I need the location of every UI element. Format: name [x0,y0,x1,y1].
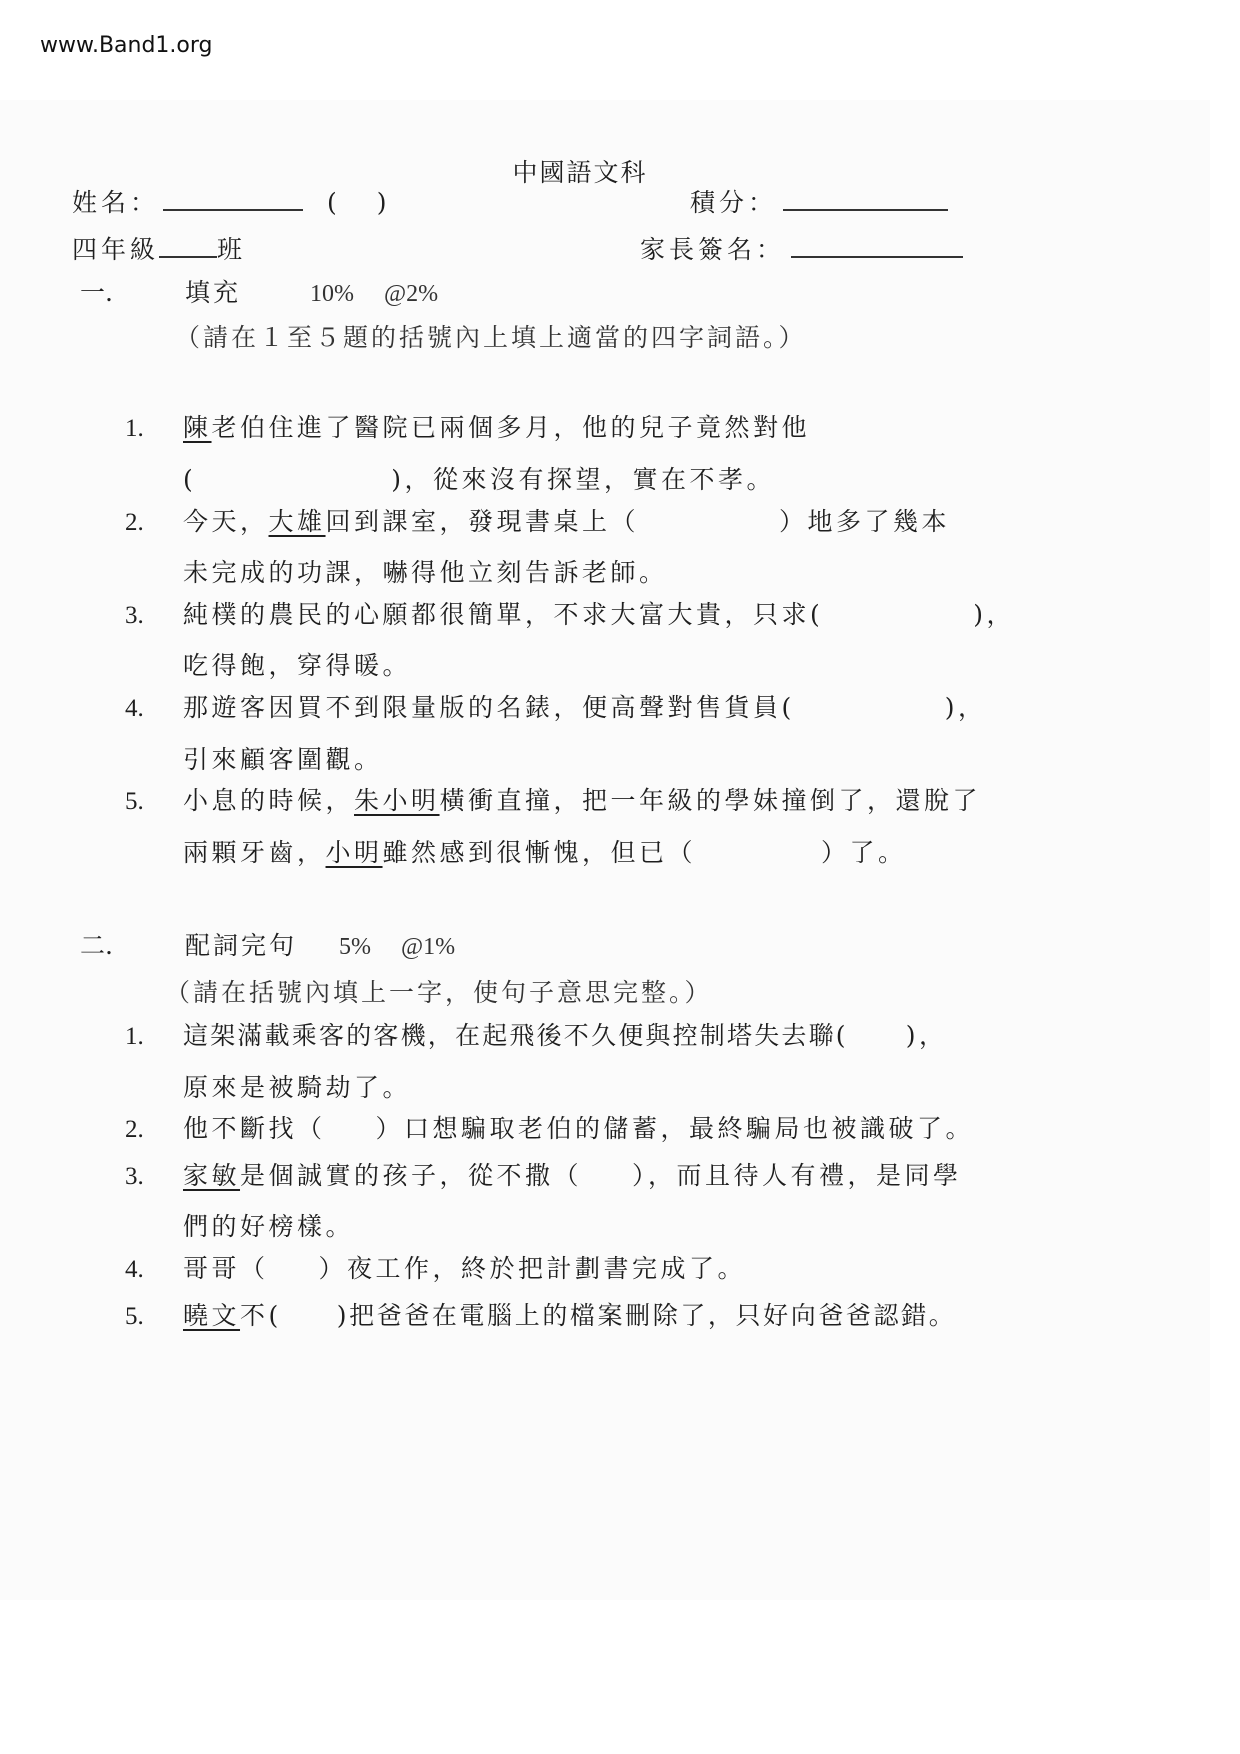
s2-question-1: 1.這架滿載乘客的客機，在起飛後不久便與控制塔失去聯()， [125,1010,948,1063]
s2-question-4: 4.哥哥（）夜工作，終於把計劃書完成了。 [125,1243,746,1296]
class-label: 班 [217,235,246,264]
section-1-heading: 一. 填充 10% @2% [80,273,438,309]
s2-question-3: 3.家敏是個誠實的孩子，從不撒（），而且待人有禮，是同學 [125,1150,962,1203]
s1-question-3: 3.純樸的農民的心願都很簡單，不求大富大貴，只求()， [125,589,1015,642]
class-number-close: ) [377,188,387,217]
question-text: ）地多了幾本 [779,507,950,536]
question-text: 兩顆牙齒， [183,838,326,867]
question-text: ）夜工作，終於把計劃書完成了。 [319,1254,747,1283]
proper-noun: 小明 [326,838,383,867]
score-label: 積分： [690,188,777,217]
question-text: )把爸爸在電腦上的檔案刪除了，只好向爸爸認錯。 [337,1301,957,1330]
question-text: 不( [240,1301,282,1330]
score-blank[interactable] [783,209,948,211]
question-text: ，從來沒有探望，實在不孝。 [405,465,776,494]
question-text: 雖然感到很慚愧，但已（ [383,838,697,867]
s1-question-4: 4.那遊客因買不到限量版的名錶，便高聲對售貨員()， [125,682,987,735]
watermark: www.Band1.org [40,33,213,58]
question-text: 這架滿載乘客的客機，在起飛後不久便與控制塔失去聯( [183,1021,848,1050]
class-blank[interactable] [159,256,217,258]
section-1-instruction: （請在１至５題的括號內上填上適當的四字詞語。） [175,318,807,354]
proper-noun: 曉文 [183,1301,240,1330]
question-number: 4. [125,1244,183,1296]
question-number: 3. [125,1151,183,1203]
s1-question-5: 5.小息的時候，朱小明橫衝直撞，把一年級的學妹撞倒了，還脫了 [125,775,981,828]
name-blank[interactable] [163,209,303,211]
grade-label: 四年級 [72,235,159,264]
question-text: 老伯住進了醫院已兩個多月，他的兒子竟然對他 [212,413,811,442]
question-number: 2. [125,1104,183,1156]
question-text: 今天， [183,507,269,536]
section-title: 配詞完句 [185,926,325,962]
parent-sign-blank[interactable] [791,256,963,258]
question-text: )， [945,693,987,722]
s1-question-2: 2.今天，大雄回到課室，發現書桌上（）地多了幾本 [125,496,950,549]
question-text: 他不斷找（ [183,1114,326,1143]
name-label: 姓名： [72,188,159,217]
section-percent: 10% [310,281,354,308]
question-text: )， [973,600,1015,629]
s1-question-3-line2: 吃得飽，穿得暖。 [183,646,411,682]
question-number: 5. [125,776,183,828]
s2-question-2: 2.他不斷找（）口想騙取老伯的儲蓄，最終騙局也被識破了。 [125,1103,974,1156]
class-number-open: ( [327,188,337,217]
s2-question-3-line2: 們的好榜樣。 [183,1207,354,1243]
parent-sign-label: 家長簽名： [640,235,785,264]
name-field: 姓名： () [72,183,387,219]
question-text: 是個誠實的孩子，從不撒（ [240,1161,582,1190]
question-text: 橫衝直撞，把一年級的學妹撞倒了，還脫了 [440,786,982,815]
question-number: 1. [125,403,183,455]
s1-question-1: 1.陳老伯住進了醫院已兩個多月，他的兒子竟然對他 [125,402,810,455]
section-2-heading: 二. 配詞完句 5% @1% [80,926,455,962]
proper-noun: 陳 [183,413,212,442]
score-field: 積分： [690,183,948,219]
question-number: 2. [125,497,183,549]
section-2-instruction: （請在括號內填上一字，使句子意思完整。） [165,973,713,1009]
s1-question-5-line2: 兩顆牙齒，小明雖然感到很慚愧，但已（）了。 [183,833,907,869]
s1-question-4-line2: 引來顧客圍觀。 [183,740,383,776]
section-title: 填充 [185,273,310,309]
section-each: @2% [384,281,438,308]
proper-noun: 朱小明 [354,786,440,815]
section-number: 一. [80,273,185,309]
section-each: @1% [401,934,455,961]
question-text: 哥哥（ [183,1254,269,1283]
question-number: 5. [125,1291,183,1343]
question-text: 純樸的農民的心願都很簡單，不求大富大貴，只求( [183,600,823,629]
blank-open: ( [183,465,196,494]
question-number: 1. [125,1011,183,1063]
question-text: 小息的時候， [183,786,354,815]
question-text: ）口想騙取老伯的儲蓄，最終騙局也被識破了。 [376,1114,975,1143]
s1-question-1-line2: ()，從來沒有探望，實在不孝。 [183,460,775,496]
proper-noun: 家敏 [183,1161,240,1190]
question-text: )， [906,1021,948,1050]
question-text: 那遊客因買不到限量版的名錶，便高聲對售貨員( [183,693,795,722]
question-text: 回到課室，發現書桌上（ [326,507,640,536]
question-text: ），而且待人有禮，是同學 [632,1161,962,1190]
parent-sign-field: 家長簽名： [640,230,963,266]
section-number: 二. [80,926,185,962]
grade-field: 四年級班 [72,230,246,266]
question-number: 3. [125,590,183,642]
blank-close: ) [391,465,404,494]
question-text: ）了。 [821,838,907,867]
question-number: 4. [125,683,183,735]
proper-noun: 大雄 [269,507,326,536]
s2-question-5: 5.曉文不()把爸爸在電腦上的檔案刪除了，只好向爸爸認錯。 [125,1290,956,1343]
s2-question-1-line2: 原來是被騎劫了。 [183,1068,411,1104]
section-percent: 5% [339,934,371,961]
s1-question-2-line2: 未完成的功課，嚇得他立刻告訴老師。 [183,553,668,589]
